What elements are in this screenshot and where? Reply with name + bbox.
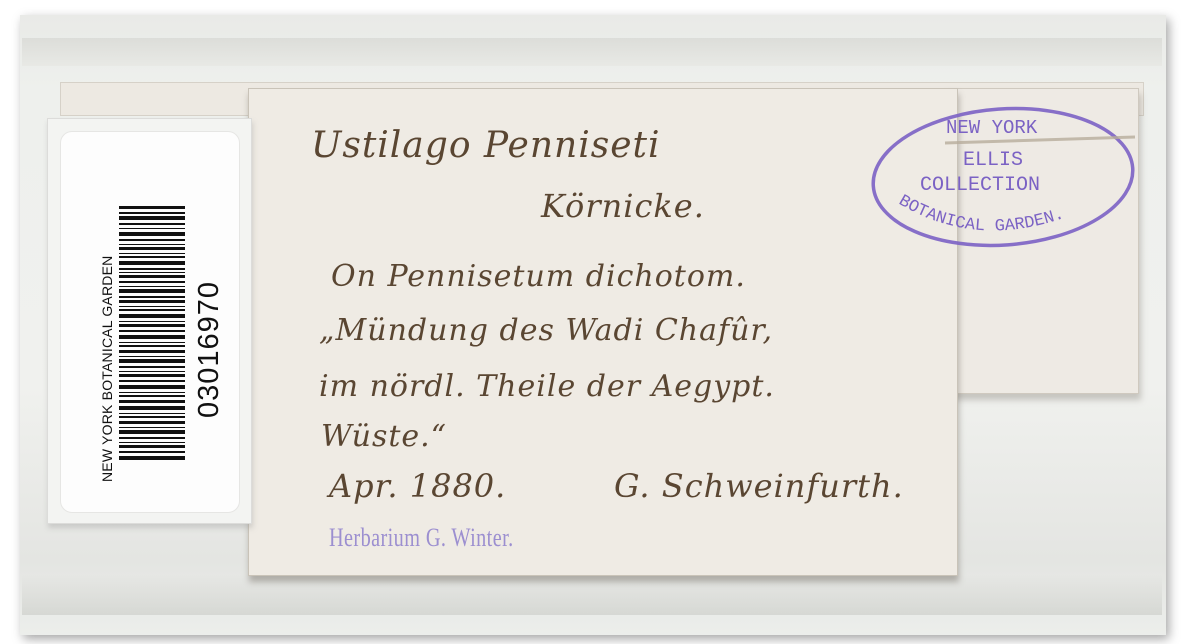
herbarium-winter-stamp: Herbarium G. Winter. [329,523,514,553]
stamp-top-text: NEW YORK [946,117,1038,139]
stamp-bottom-text: BOTANICAL GARDEN. [895,192,1067,237]
label-date: Apr. 1880. [329,467,506,505]
stamp-collection-text: COLLECTION [920,174,1040,197]
packet-bottom-shadow [22,575,1162,615]
stamp-ellis-text: ELLIS [963,149,1023,172]
label-line-taxon: Ustilago Penniseti [311,125,661,166]
specimen-label: Ustilago Penniseti Körnicke. On Penniset… [248,88,958,576]
label-line-locality-3: Wüste.“ [321,419,447,454]
packet-top-fold [22,38,1162,66]
label-line-locality-2: im nördl. Theile der Aegypt. [319,369,775,404]
barcode-label-inner: NEW YORK BOTANICAL GARDEN [60,131,240,513]
barcode-number: 03016970 [193,281,226,418]
label-line-host: On Pennisetum dichotom. [331,259,746,294]
barcode-organization: NEW YORK BOTANICAL GARDEN [99,256,115,482]
barcode-label: NEW YORK BOTANICAL GARDEN [47,118,252,524]
ellis-collection-stamp: NEW YORK ELLIS COLLECTION BOTANICAL GARD… [860,95,1150,265]
label-line-author: Körnicke. [541,187,705,225]
label-line-locality-1: „Mündung des Wadi Chafûr, [319,313,773,348]
stamp-bottom-arc: BOTANICAL GARDEN. [895,192,1067,237]
label-collector: G. Schweinfurth. [614,467,904,505]
barcode-bars [119,206,185,460]
